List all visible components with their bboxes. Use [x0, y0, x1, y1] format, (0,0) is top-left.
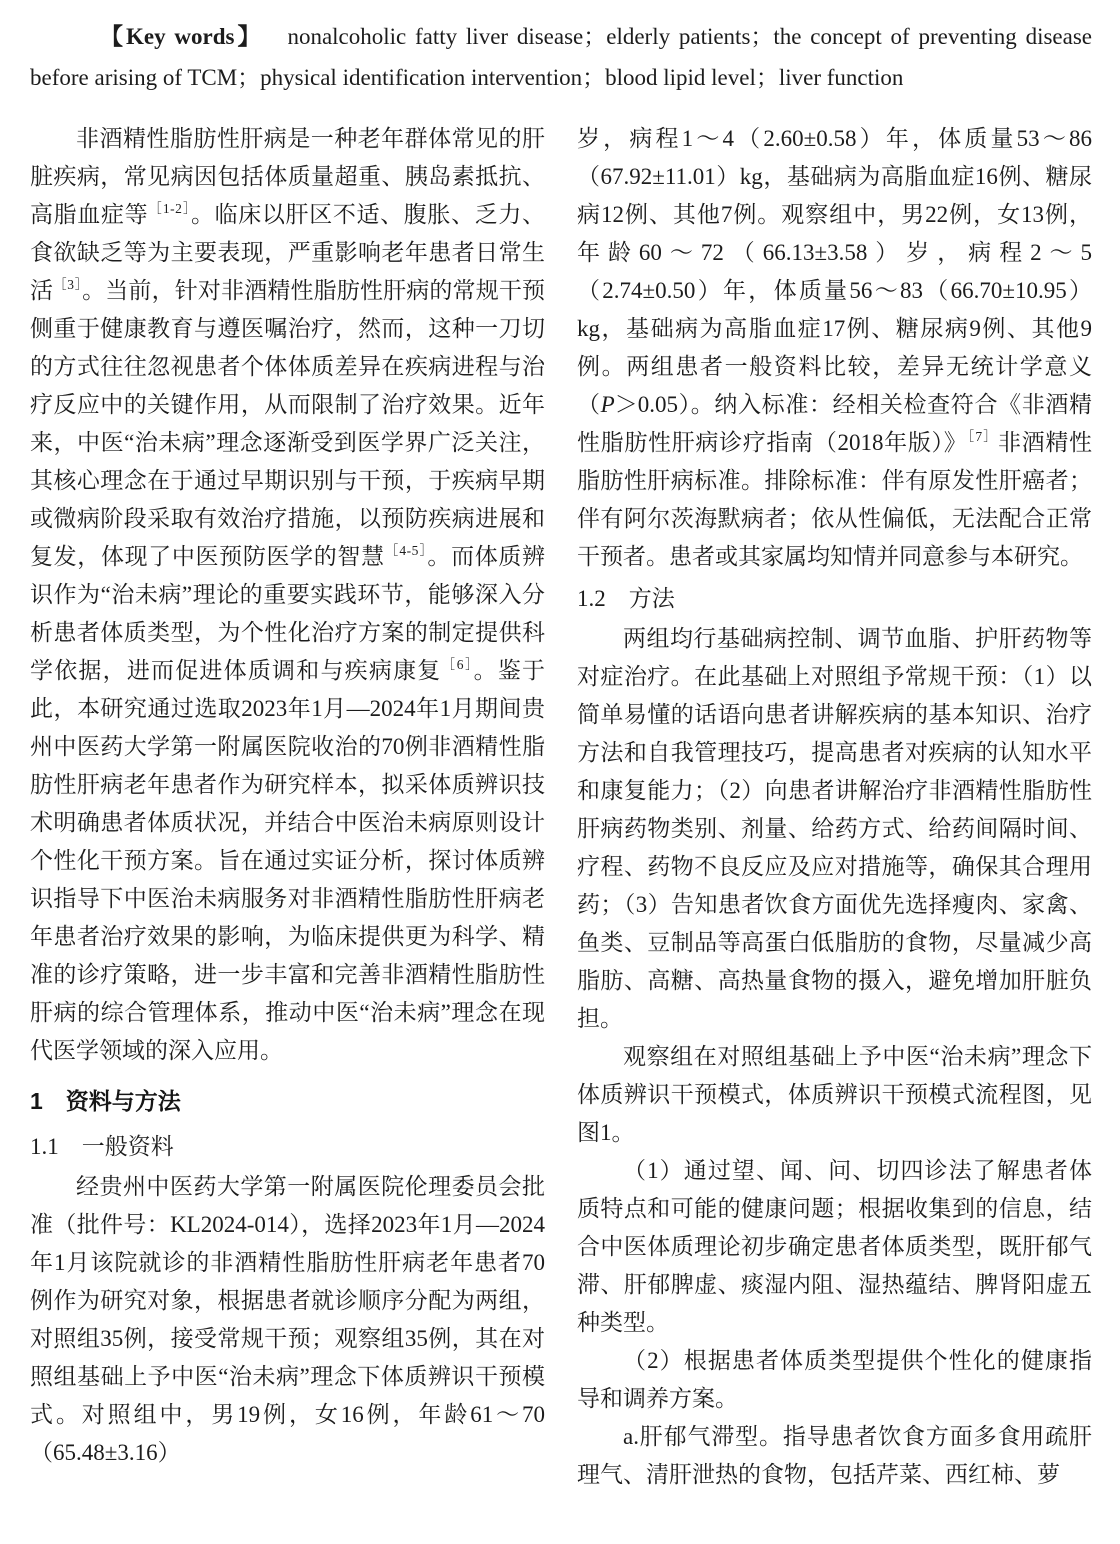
general-data-continued-paragraph: 岁，病程1～4（2.60±0.58）年，体质量53～86（67.92±11.01…	[577, 120, 1092, 576]
methods-paragraph-routine-intervention: 两组均行基础病控制、调节血脂、护肝药物等对症治疗。在此基础上对照组予常规干预：（…	[577, 620, 1092, 1038]
right-column: 岁，病程1～4（2.60±0.58）年，体质量53～86（67.92±11.01…	[577, 120, 1092, 1494]
methods-paragraph-personalized-guidance: （2）根据患者体质类型提供个性化的健康指导和调养方案。	[577, 1342, 1092, 1418]
p-value-symbol: P	[601, 392, 615, 417]
subsection-heading-methods: 1.2 方法	[577, 580, 1092, 618]
intro-paragraph: 非酒精性脂肪性肝病是一种老年群体常见的肝脏疾病，常见病因包括体质量超重、胰岛素抵…	[30, 120, 545, 1070]
methods-paragraph-four-diagnostics: （1）通过望、闻、问、切四诊法了解患者体质特点和可能的健康问题；根据收集到的信息…	[577, 1152, 1092, 1342]
citation-ref-6: ［6］	[441, 657, 473, 672]
general-data-paragraph: 经贵州中医药大学第一附属医院伦理委员会批准（批件号：KL2024-014），选择…	[30, 1168, 545, 1472]
citation-ref-4-5: ［4-5］	[385, 543, 428, 558]
citation-ref-3: ［3］	[53, 277, 82, 292]
citation-ref-1-2: ［1-2］	[148, 201, 191, 216]
text-segment: 。当前，针对非酒精性脂肪性肝病的常规干预侧重于健康教育与遵医嘱治疗，然而，这种一…	[30, 278, 545, 569]
text-segment: 。鉴于此，本研究通过选取2023年1月—2024年1月期间贵州中医药大学第一附属…	[30, 658, 545, 1063]
keywords-label: 【Key words】	[100, 24, 263, 49]
subsection-heading-general-data: 1.1 一般资料	[30, 1128, 545, 1166]
methods-paragraph-liver-qi-stagnation: a.肝郁气滞型。指导患者饮食方面多食用疏肝理气、清肝泄热的食物，包括芹菜、西红柿…	[577, 1418, 1092, 1494]
section-heading-materials-methods: 1 资料与方法	[30, 1082, 545, 1120]
paper-page: 【Key words】nonalcoholic fatty liver dise…	[30, 16, 1092, 1494]
two-column-body: 非酒精性脂肪性肝病是一种老年群体常见的肝脏疾病，常见病因包括体质量超重、胰岛素抵…	[30, 120, 1092, 1494]
citation-ref-7: ［7］	[967, 429, 998, 444]
text-segment: 岁，病程1～4（2.60±0.58）年，体质量53～86（67.92±11.01…	[577, 126, 1092, 417]
methods-paragraph-observation-group: 观察组在对照组基础上予中医“治未病”理念下体质辨识干预模式，体质辨识干预模式流程…	[577, 1038, 1092, 1152]
left-column: 非酒精性脂肪性肝病是一种老年群体常见的肝脏疾病，常见病因包括体质量超重、胰岛素抵…	[30, 120, 545, 1494]
keywords-paragraph: 【Key words】nonalcoholic fatty liver dise…	[30, 16, 1092, 98]
